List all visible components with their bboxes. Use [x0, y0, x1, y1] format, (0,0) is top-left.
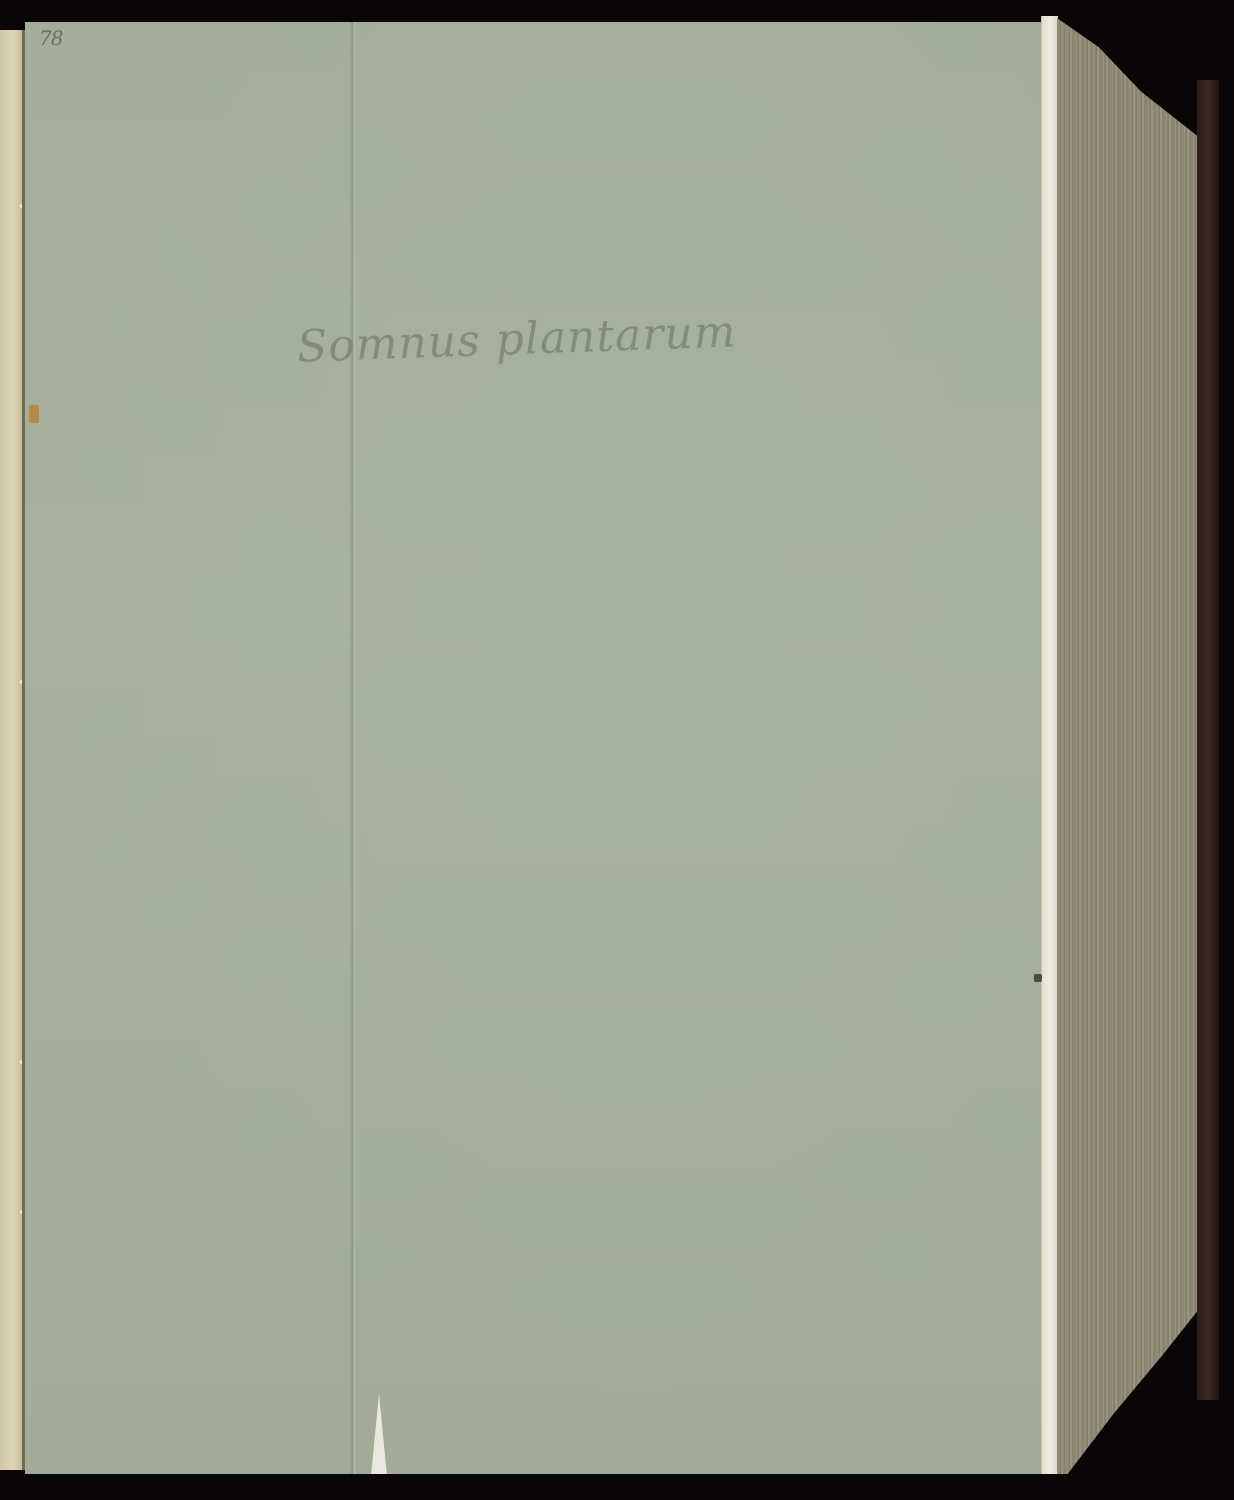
page-number: 78 [39, 26, 62, 50]
left-facing-page-edge [0, 30, 23, 1470]
underlying-page-margin [1041, 16, 1058, 1482]
book-cover-edge [1197, 80, 1219, 1400]
book-fore-edge [1057, 18, 1197, 1488]
page-clip [1034, 974, 1042, 982]
bottom-tear [371, 1394, 387, 1476]
book-scan: 78 Somnus plantarum [0, 0, 1234, 1500]
background-shadow [0, 1474, 1234, 1500]
vertical-fold-crease [350, 22, 356, 1476]
green-paper-page: 78 Somnus plantarum [25, 22, 1041, 1476]
paper-tab-marker [29, 405, 39, 423]
handwritten-label: Somnus plantarum [296, 306, 737, 372]
